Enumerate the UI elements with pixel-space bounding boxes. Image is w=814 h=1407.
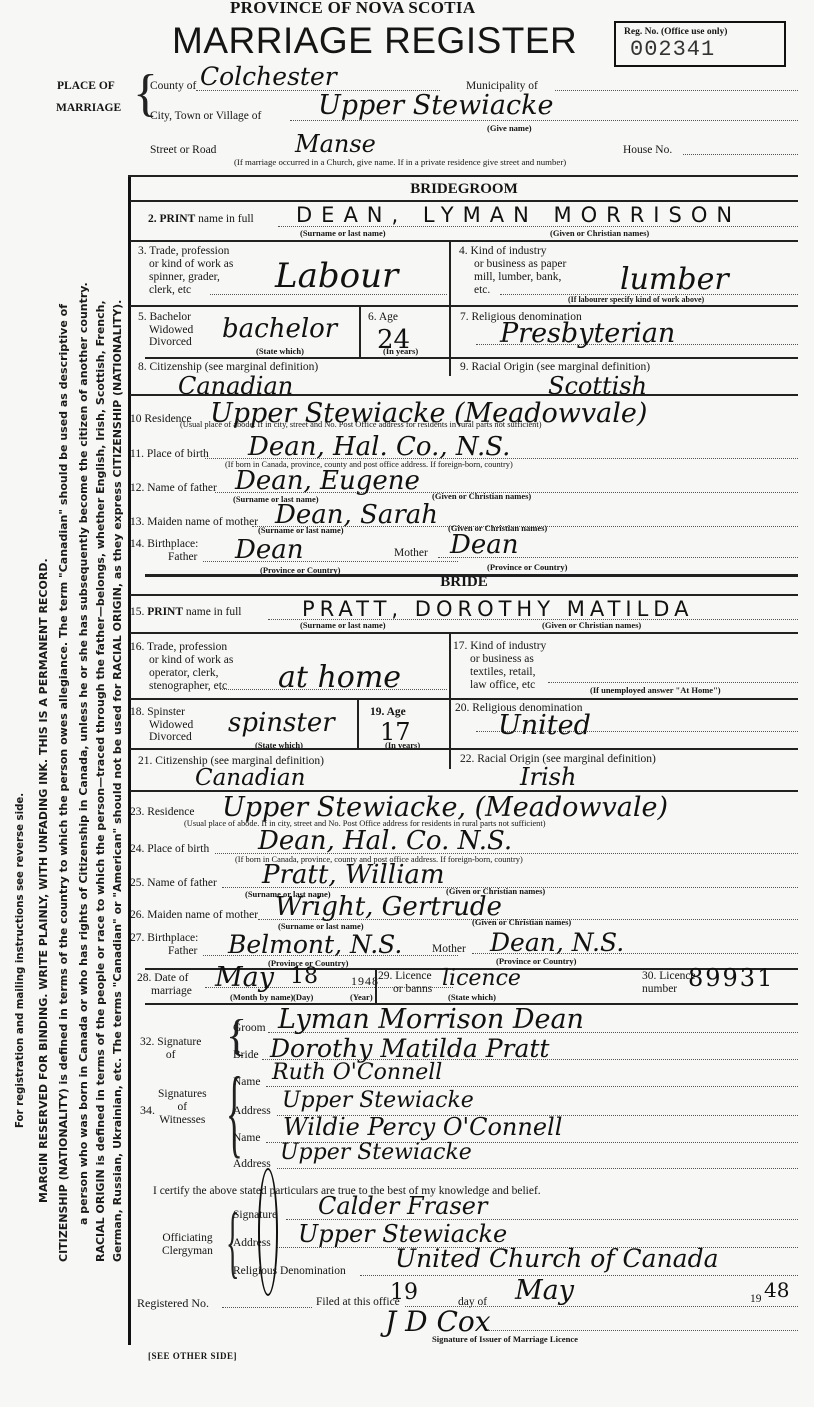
- bride-mother-birthplace-label: Mother: [432, 943, 466, 956]
- filed-year-prefix: 19: [750, 1293, 762, 1306]
- bride-mother-province-hint: (Province or Country): [496, 956, 576, 966]
- bride-name-value: PRATT, DOROTHY MATILDA: [302, 597, 693, 621]
- filed-year: 48: [764, 1278, 789, 1302]
- divider: [130, 698, 798, 700]
- divider: [130, 240, 798, 242]
- bride-trade-label: 16. Trade, professionor kind of work aso…: [130, 641, 233, 693]
- form-top-border: [128, 175, 798, 177]
- groom-father-label: 12. Name of father: [130, 482, 217, 495]
- bride-given-hint: (Given or Christian names): [542, 620, 641, 630]
- groom-mother-birthplace-value: Dean: [450, 530, 518, 560]
- bride-birthplace-label: 24. Place of birth: [130, 843, 209, 856]
- house-label: House No.: [623, 144, 672, 157]
- marriage-day-value: 18: [290, 964, 318, 989]
- bride-birthplace-value: Dean, Hal. Co. N.S.: [258, 826, 512, 856]
- groom-birthplace-value: Dean, Hal. Co., N.S.: [248, 432, 510, 462]
- groom-status-hint: (State which): [256, 346, 304, 356]
- margin-instructions: For registration and mailing instruction…: [15, 793, 26, 1128]
- bride-religion-value: United: [498, 710, 591, 741]
- groom-signature-label: Groom: [233, 1022, 266, 1035]
- bride-mother-given-hint: (Given or Christian names): [472, 917, 571, 927]
- groom-birthplace-label: 11. Place of birth: [130, 448, 209, 461]
- groom-surname-hint: (Surname or last name): [300, 228, 386, 238]
- groom-father-given-hint: (Given or Christian names): [432, 491, 531, 501]
- house-line: [683, 154, 798, 155]
- marriage-date-label: 28. Date ofmarriage: [137, 972, 192, 998]
- section-bridegroom: BRIDEGROOM: [130, 181, 798, 198]
- place-label-2: MARRIAGE: [56, 102, 121, 114]
- witness1-name: Ruth O'Connell: [272, 1060, 442, 1085]
- marriage-year-hint: (Year): [350, 992, 373, 1002]
- groom-given-hint: (Given or Christian names): [550, 228, 649, 238]
- reg-number-box: Reg. No. (Office use only) 002341: [614, 21, 786, 67]
- divider: [130, 748, 798, 750]
- see-other-side: [SEE OTHER SIDE]: [148, 1351, 237, 1361]
- groom-name-label: 2. PRINT name in full: [148, 213, 254, 226]
- column-divider: [357, 698, 359, 750]
- clergyman-label: OfficiatingClergyman: [162, 1232, 213, 1258]
- groom-father-birthplace-value: Dean: [235, 535, 303, 565]
- bride-mother-birthplace-value: Dean, N.S.: [490, 928, 624, 957]
- bride-father-value: Pratt, William: [262, 860, 445, 890]
- groom-father-birthplace-label: Father: [168, 551, 197, 564]
- witnesses-number: 34.: [140, 1104, 155, 1117]
- licence-banns-label: 29. Licenceor banns: [378, 970, 432, 996]
- margin-citizenship-definition-2: a person who was born in Canada or who h…: [77, 282, 90, 1225]
- marriage-month-value: May: [215, 962, 274, 993]
- bride-industry-line: [548, 682, 798, 683]
- county-value: Colchester: [200, 62, 337, 91]
- pen-loop-mark: [258, 1168, 278, 1296]
- city-hint: (Give name): [487, 123, 532, 133]
- witness1-address: Upper Stewiacke: [282, 1088, 474, 1113]
- city-value: Upper Stewiacke: [318, 90, 553, 121]
- bride-mother-value: Wright, Gertrude: [275, 892, 502, 922]
- street-hint: (If marriage occurred in a Church, give …: [234, 157, 566, 167]
- municipality-line: [555, 90, 798, 91]
- city-label: City, Town or Village of: [150, 110, 261, 123]
- column-divider: [375, 968, 377, 1004]
- groom-status-value: bachelor: [222, 314, 337, 344]
- groom-father-value: Dean, Eugene: [235, 466, 420, 496]
- margin-racial-origin-definition-2: German, Russian, Ukrainian, etc. The ter…: [111, 300, 124, 1262]
- groom-age-label: 6. Age: [368, 311, 398, 324]
- column-divider: [449, 240, 451, 376]
- column-divider: [359, 305, 361, 357]
- reg-number-value: 002341: [630, 37, 715, 62]
- witness2-address-line: [277, 1168, 798, 1169]
- divider: [130, 394, 798, 396]
- witness2-address: Upper Stewiacke: [280, 1140, 472, 1165]
- divider: [130, 594, 798, 596]
- groom-signature: Lyman Morrison Dean: [278, 1004, 584, 1035]
- county-label: County of: [150, 80, 196, 93]
- marriage-day-hint: (Day): [293, 992, 313, 1002]
- witness1-name-label: Name: [233, 1076, 260, 1089]
- clergy-signature: Calder Fraser: [318, 1192, 487, 1220]
- groom-trade-label: 3. Trade, professionor kind of work assp…: [138, 245, 233, 297]
- licence-banns-hint: (State which): [448, 992, 496, 1002]
- bride-birthplace-parents-label: 27. Birthplace:: [130, 932, 198, 945]
- issuer-label: Signature of Issuer of Marriage Licence: [432, 1334, 578, 1344]
- bride-father-label: 25. Name of father: [130, 877, 217, 890]
- street-value: Manse: [295, 130, 376, 158]
- divider: [130, 200, 798, 202]
- divider: [145, 357, 798, 359]
- issuer-signature-line: [488, 1330, 798, 1331]
- witness1-name-line: [266, 1086, 798, 1087]
- groom-mother-label: 13. Maiden name of mother: [130, 516, 258, 529]
- licence-number-value: 89931: [688, 964, 774, 992]
- bride-industry-label: 17. Kind of industryor business astextil…: [453, 640, 546, 692]
- groom-industry-value: lumber: [620, 262, 729, 297]
- province-heading: PROVINCE OF NOVA SCOTIA: [230, 0, 475, 18]
- registered-no-label: Registered No.: [137, 1297, 209, 1310]
- margin-citizenship-definition: CITIZENSHIP (NATIONALITY) is defined in …: [57, 304, 70, 1262]
- groom-age-hint: (In years): [383, 346, 418, 356]
- bride-signature: Dorothy Matilda Pratt: [270, 1034, 549, 1063]
- witness2-name-label: Name: [233, 1132, 260, 1145]
- divider: [130, 632, 798, 634]
- bride-age-label: 19. Age: [370, 706, 406, 719]
- bride-citizenship-value: Canadian: [195, 765, 305, 791]
- groom-status-label: 5. BachelorWidowedDivorced: [138, 311, 193, 349]
- groom-industry-hint: (If labourer specify kind of work above): [568, 295, 704, 304]
- bride-status-label: 18. SpinsterWidowedDivorced: [130, 706, 193, 744]
- bride-father-birthplace-value: Belmont, N.S.: [228, 930, 402, 959]
- groom-industry-label: 4. Kind of industryor business as paperm…: [459, 245, 566, 297]
- margin-racial-origin-definition: RACIAL ORIGIN is defined in terms of the…: [94, 300, 107, 1262]
- bride-name-label: 15. PRINT name in full: [130, 606, 241, 619]
- reg-number-label: Reg. No. (Office use only): [624, 27, 727, 37]
- groom-mother-province-hint: (Province or Country): [487, 562, 567, 572]
- registered-no-line: [222, 1307, 312, 1308]
- witness1-address-label: Address: [233, 1105, 271, 1118]
- bride-residence-label: 23. Residence: [130, 806, 195, 819]
- bride-father-birthplace-label: Father: [168, 945, 197, 958]
- page-title: MARRIAGE REGISTER: [172, 20, 577, 62]
- groom-mother-birthplace-label: Mother: [394, 547, 428, 560]
- marriage-month-hint: (Month by name): [230, 992, 293, 1002]
- signature-of-label: 32. Signatureof: [140, 1036, 201, 1062]
- section-bride: BRIDE: [130, 574, 798, 591]
- groom-name-value: DEAN, LYMAN MORRISON: [296, 203, 741, 227]
- divider: [130, 305, 798, 307]
- bride-industry-hint: (If unemployed answer "At Home"): [590, 685, 721, 695]
- licence-banns-value: licence: [442, 966, 521, 991]
- denomination-value: United Church of Canada: [395, 1244, 719, 1273]
- bride-surname-hint: (Surname or last name): [300, 620, 386, 630]
- filed-month: May: [515, 1275, 574, 1306]
- bride-mother-label: 26. Maiden name of mother: [130, 909, 258, 922]
- place-label-1: PLACE OF: [57, 80, 115, 92]
- groom-residence-hint: (Usual place of abode. If in city, stree…: [180, 420, 542, 429]
- denomination-line: [360, 1275, 798, 1276]
- groom-religion-value: Presbyterian: [500, 318, 675, 349]
- bride-trade-value: at home: [278, 660, 401, 695]
- denomination-label: Religious Denomination: [233, 1265, 346, 1278]
- form-left-border: [128, 175, 131, 1345]
- witness2-name: Wildie Percy O'Connell: [283, 1113, 562, 1141]
- groom-trade-value: Labour: [275, 256, 398, 296]
- groom-mother-surname-hint: (Surname or last name): [258, 525, 344, 535]
- bride-status-value: spinster: [228, 708, 335, 738]
- margin-binding-notice: MARGIN RESERVED FOR BINDING. WRITE PLAIN…: [37, 558, 50, 1203]
- street-label: Street or Road: [150, 144, 216, 157]
- witnesses-label: SignaturesofWitnesses: [158, 1088, 207, 1127]
- groom-birthplace-parents-label: 14. Birthplace:: [130, 538, 198, 551]
- filed-day: 19: [390, 1280, 418, 1305]
- bride-origin-value: Irish: [520, 763, 576, 791]
